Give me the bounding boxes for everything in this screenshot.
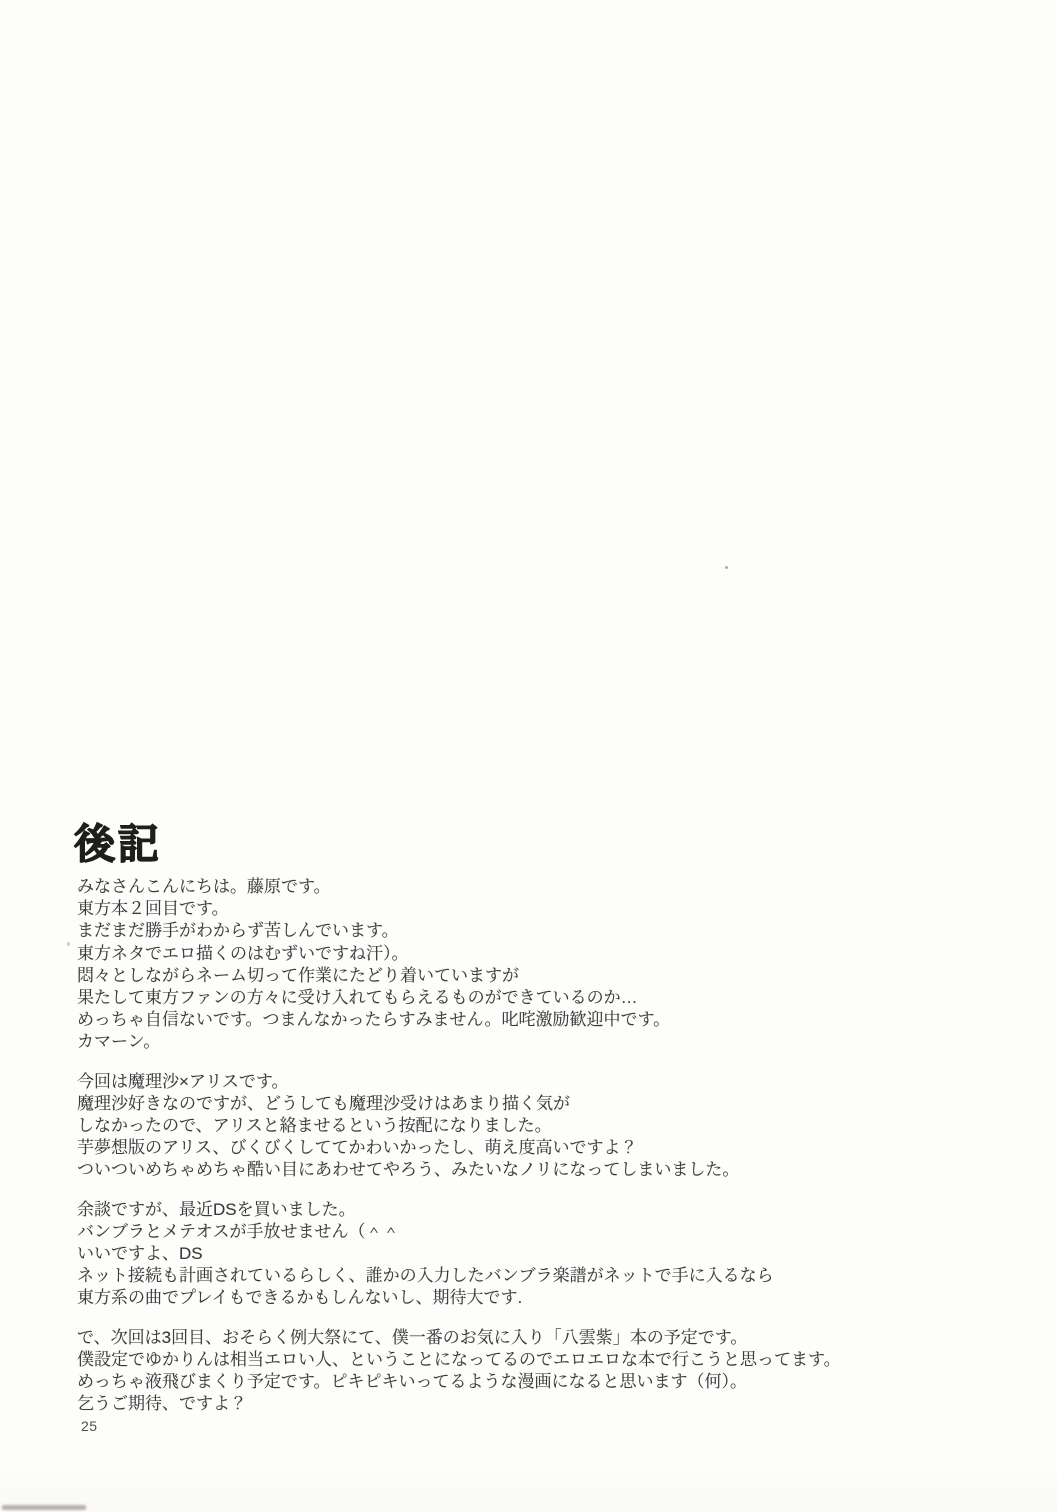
text-line: カマーン。: [77, 1031, 987, 1053]
page-title: 後記: [74, 820, 162, 868]
text-line: みなさんこんにちは。藤原です。: [77, 876, 987, 898]
text-line: 果たして東方ファンの方々に受け入れてもらえるものができているのか…: [77, 987, 987, 1009]
text-line: しなかったので、アリスと絡ませるという按配になりました。: [77, 1115, 987, 1137]
text-line: ネット接続も計画されているらしく、誰かの入力したバンブラ楽譜がネットで手に入るな…: [77, 1265, 987, 1287]
scanned-page: 後記 みなさんこんにちは。藤原です。東方本２回目です。まだまだ勝手がわからず苦し…: [0, 0, 1057, 1512]
text-line: 悶々としながらネーム切って作業にたどり着いていますが: [77, 965, 987, 987]
text-line: いいですよ、DS: [77, 1243, 987, 1265]
text-line: 東方系の曲でプレイもできるかもしんないし、期待大です.: [77, 1287, 987, 1309]
text-line: 僕設定でゆかりんは相当エロい人、ということになってるのでエロエロな本で行こうと思…: [77, 1349, 987, 1371]
scan-speck: [67, 942, 70, 946]
paragraph: 余談ですが、最近DSを買いました。バンブラとメテオスが手放せません（＾＾いいです…: [77, 1199, 987, 1310]
scan-speck: [725, 566, 728, 569]
text-line: バンブラとメテオスが手放せません（＾＾: [77, 1221, 987, 1243]
page-number: 25: [81, 1418, 98, 1434]
paragraph: で、次回は3回目、おそらく例大祭にて、僕一番のお気に入り「八雲紫」本の予定です。…: [77, 1327, 987, 1416]
text-line: めっちゃ液飛びまくり予定です。ピキピキいってるような漫画になると思います（何）。: [77, 1371, 987, 1393]
paragraph: みなさんこんにちは。藤原です。東方本２回目です。まだまだ勝手がわからず苦しんでい…: [77, 876, 987, 1054]
text-line: ついついめちゃめちゃ酷い目にあわせてやろう、みたいなノリになってしまいました。: [77, 1159, 987, 1181]
afterword-text: みなさんこんにちは。藤原です。東方本２回目です。まだまだ勝手がわからず苦しんでい…: [77, 876, 987, 1432]
scan-edge-smudge: [2, 1505, 86, 1510]
text-line: めっちゃ自信ないです。つまんなかったらすみません。叱咤激励歓迎中です。: [77, 1009, 987, 1031]
text-line: 東方ネタでエロ描くのはむずいですね汗）。: [77, 943, 987, 965]
text-line: 今回は魔理沙×アリスです。: [77, 1071, 987, 1093]
text-line: 余談ですが、最近DSを買いました。: [77, 1199, 987, 1221]
text-line: 東方本２回目です。: [77, 898, 987, 920]
paragraph: 今回は魔理沙×アリスです。魔理沙好きなのですが、どうしても魔理沙受けはあまり描く…: [77, 1071, 987, 1182]
text-line: で、次回は3回目、おそらく例大祭にて、僕一番のお気に入り「八雲紫」本の予定です。: [77, 1327, 987, 1349]
text-line: 芋夢想版のアリス、びくびくしててかわいかったし、萌え度高いですよ？: [77, 1137, 987, 1159]
text-line: 乞うご期待、ですよ？: [77, 1393, 987, 1415]
text-line: まだまだ勝手がわからず苦しんでいます。: [77, 920, 987, 942]
text-line: 魔理沙好きなのですが、どうしても魔理沙受けはあまり描く気が: [77, 1093, 987, 1115]
